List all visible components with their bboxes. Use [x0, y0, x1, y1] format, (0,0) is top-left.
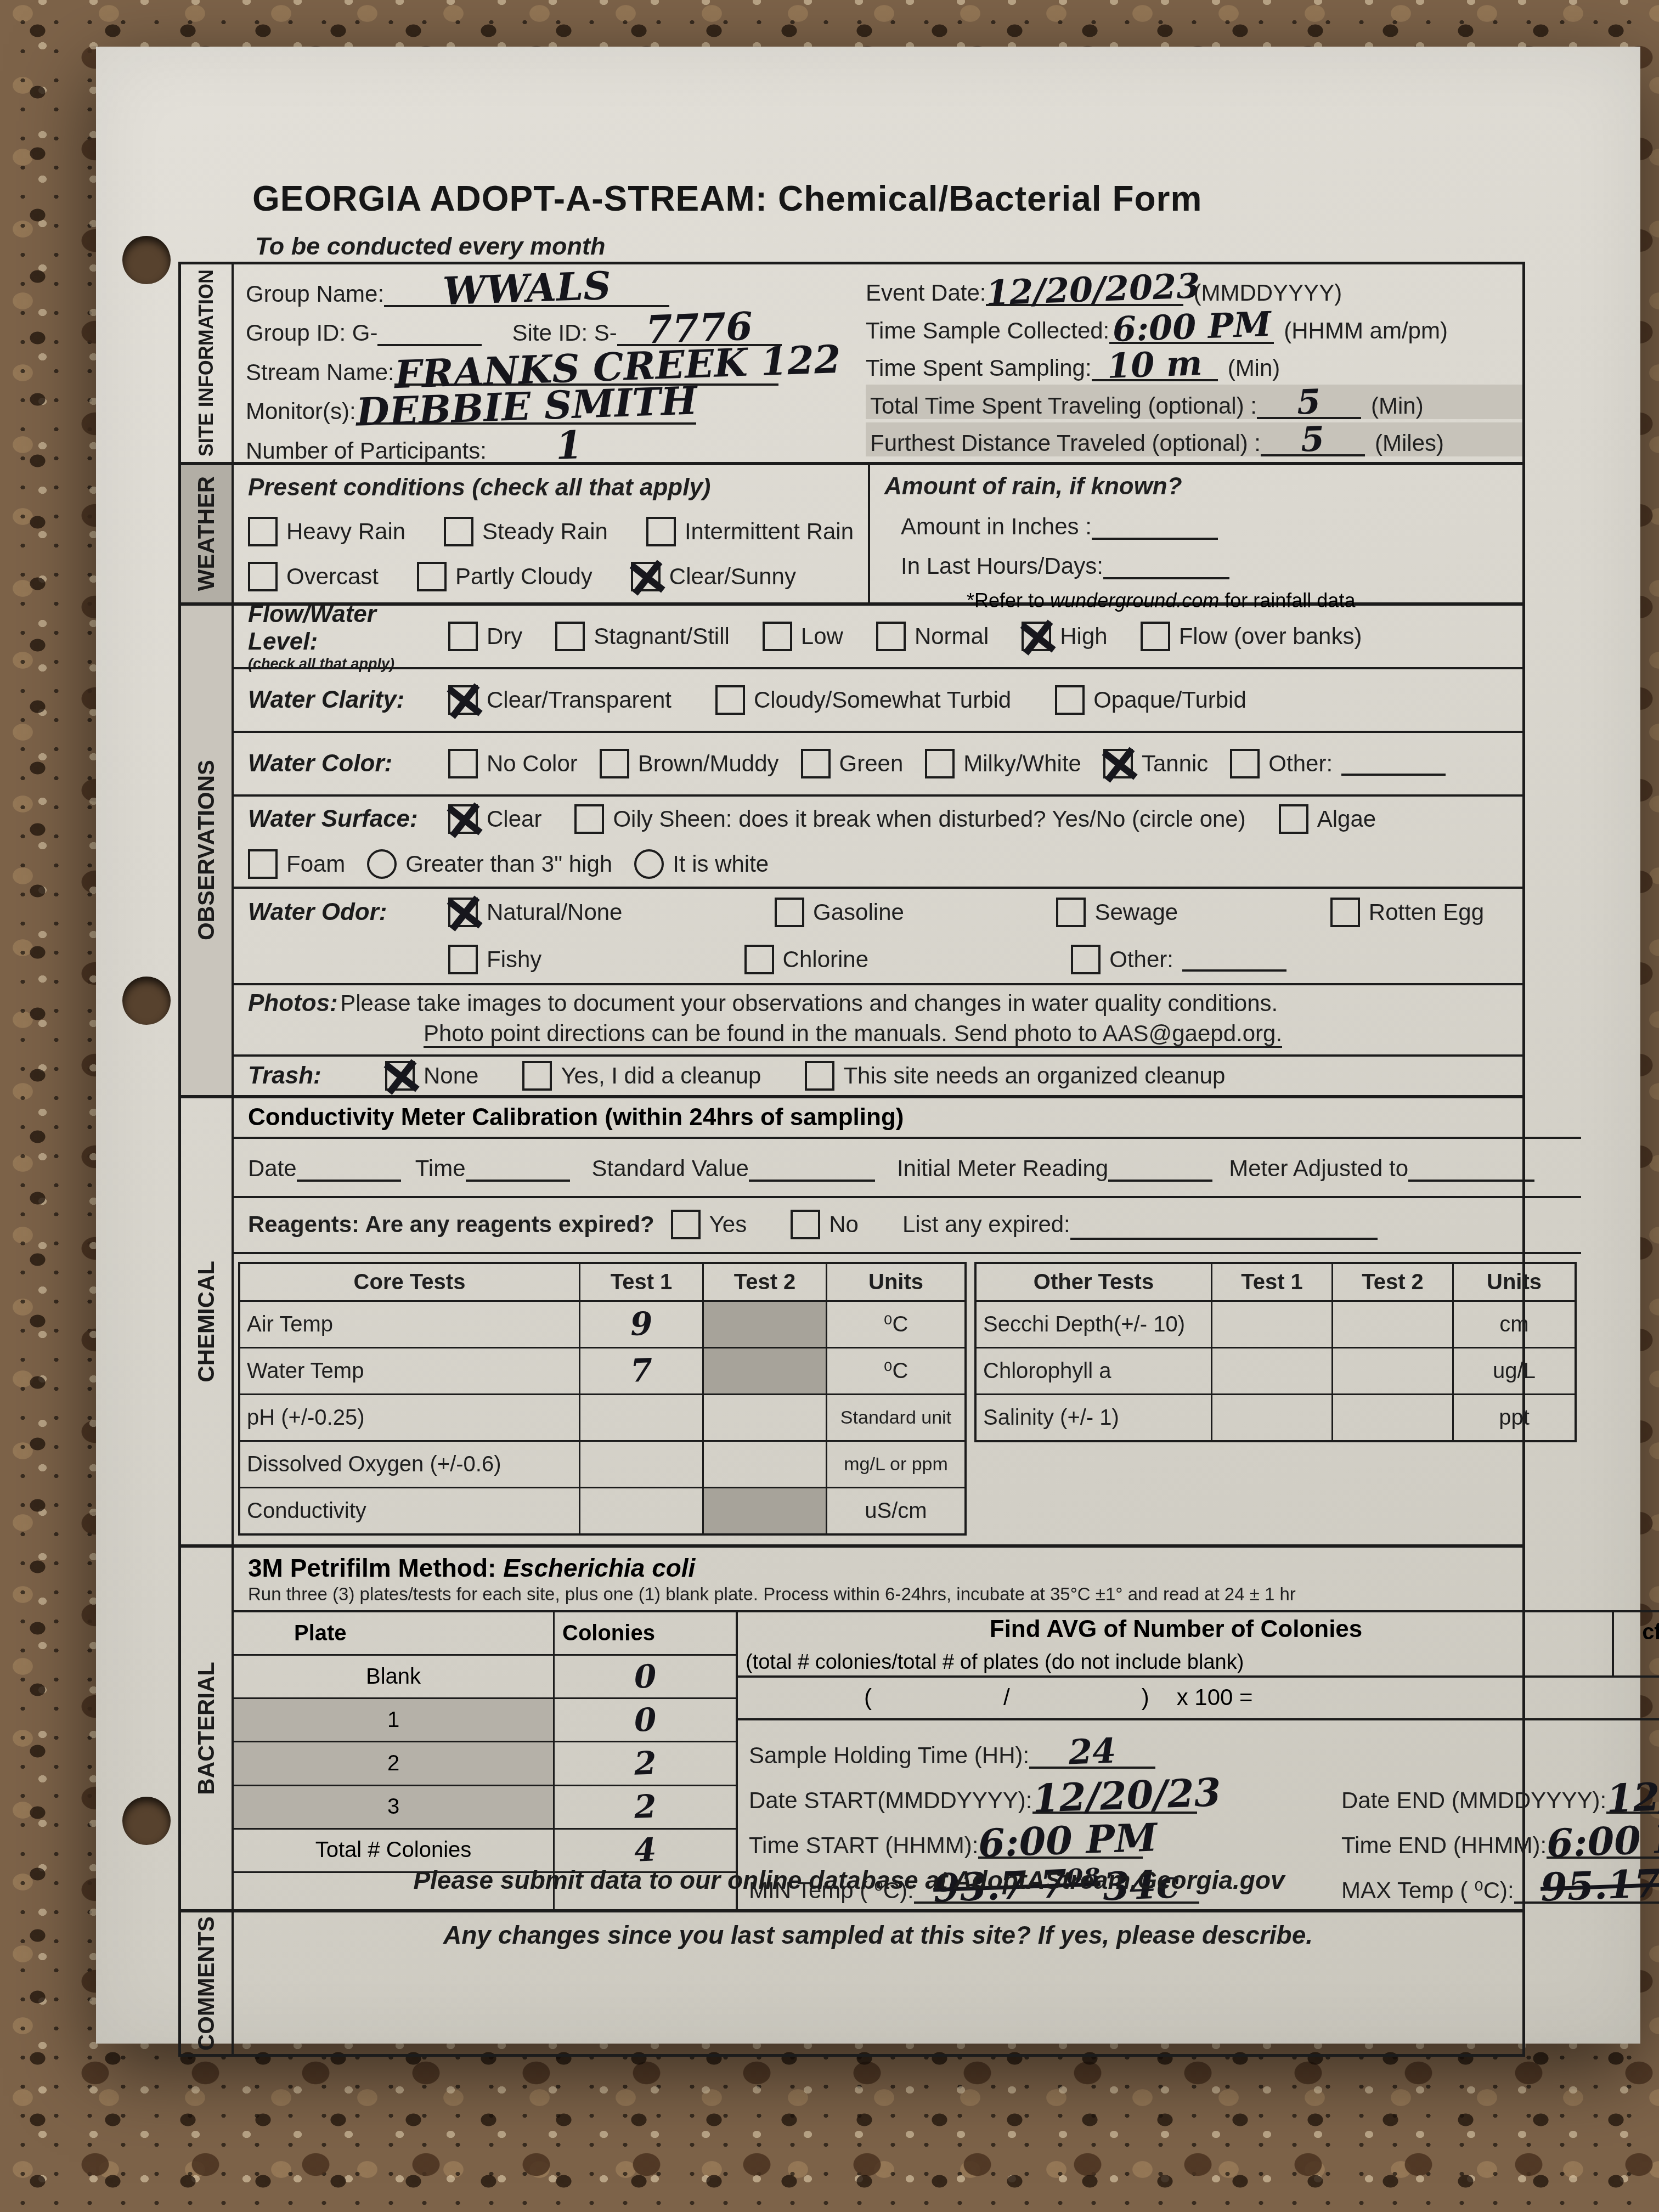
rain-inches-field[interactable] [1092, 509, 1218, 540]
other-row-test1[interactable] [1212, 1302, 1333, 1348]
checkbox-chlorine[interactable]: Chlorine [744, 945, 868, 974]
group-name-value: WWALS [442, 269, 612, 308]
checkbox-box[interactable] [600, 749, 629, 778]
checkbox-label: No Color [487, 751, 578, 777]
petrifilm-title: 3M Petrifilm Method: Escherichia coli [234, 1548, 1659, 1584]
checkbox-box[interactable] [791, 1210, 820, 1239]
weather-conditions: Present conditions (check all that apply… [234, 465, 870, 602]
traveling-value: 5 [1297, 387, 1322, 417]
sidebar-label: SITE INFORMATION [195, 269, 218, 456]
odor-options-1: Natural/NoneGasolineSewageRotten Egg [448, 898, 1517, 927]
checkbox-label: No [829, 1211, 859, 1238]
checkbox-yes-i-did-a-cleanup[interactable]: Yes, I did a cleanup [522, 1061, 761, 1091]
checkbox-label: Natural/None [487, 899, 622, 926]
checkbox-label: Foam [286, 851, 345, 877]
checkbox-box[interactable] [555, 622, 585, 651]
core-tests-table: Core Tests Test 1 Test 2 Units Air Temp … [238, 1262, 967, 1536]
checkbox-label: Heavy Rain [286, 518, 405, 545]
core-row-test2 [704, 1348, 827, 1395]
group-name-field[interactable]: WWALS [384, 272, 669, 307]
cal-time-field[interactable] [466, 1151, 570, 1182]
holding-value: 24 [1068, 1737, 1116, 1768]
participants-value: 1 [555, 428, 583, 462]
cal-initial-label: Initial Meter Reading [897, 1155, 1108, 1182]
plate-name: 1 [234, 1699, 555, 1742]
core-row-name: Dissolved Oxygen (+/-0.6) [240, 1442, 580, 1488]
checkbox-no[interactable]: No [791, 1210, 859, 1239]
checkbox-none[interactable]: None [385, 1061, 478, 1091]
event-date-value: 12/20/2023 [986, 272, 1201, 308]
checkbox-box[interactable] [1022, 622, 1051, 651]
distance-label: Furthest Distance Traveled (optional) : [870, 430, 1261, 456]
participants-label: Number of Participants: [246, 438, 487, 464]
checkbox-box[interactable] [1056, 898, 1086, 927]
time-start-label: Time START (HHMM): [749, 1832, 978, 1859]
checkbox-cloudy-somewhat-turbid[interactable]: Cloudy/Somewhat Turbid [715, 685, 1011, 715]
checkbox-box[interactable] [763, 622, 792, 651]
trash-options: NoneYes, I did a cleanupThis site needs … [385, 1061, 1517, 1091]
traveling-field[interactable]: 5 [1257, 388, 1361, 419]
chemical-tables: Core Tests Test 1 Test 2 Units Air Temp … [234, 1254, 1581, 1544]
core-header-name: Core Tests [240, 1264, 580, 1302]
plate-table: Plate Colonies Blank 0 1 0 2 2 3 2 Total… [234, 1612, 738, 1909]
present-conditions-title: Present conditions (check all that apply… [248, 474, 862, 501]
date-end-field[interactable]: 12/21/23 [1606, 1779, 1659, 1814]
checkbox-label: Oily Sheen: does it break when disturbed… [613, 806, 1245, 832]
checkbox-flow-over-banks[interactable]: Flow (over banks) [1141, 622, 1362, 651]
checkbox-milky-white[interactable]: Milky/White [925, 749, 1081, 778]
checkbox-box[interactable] [448, 804, 478, 834]
section-site-information: SITE INFORMATION Group Name: WWALS Group… [181, 264, 1522, 465]
blank-line[interactable] [1182, 947, 1286, 972]
punch-hole [122, 977, 171, 1025]
sidebar-label: COMMENTS [193, 1916, 219, 2051]
checkbox-high[interactable]: High [1022, 622, 1107, 651]
other-tests-table: Other Tests Test 1 Test 2 Units Secchi D… [974, 1262, 1577, 1442]
checkbox-box[interactable] [248, 517, 278, 546]
distance-value: 5 [1301, 425, 1325, 455]
checkbox-label: Sewage [1094, 899, 1178, 926]
time-sampling-label: Time Spent Sampling: [866, 355, 1092, 381]
other-row-units: ug/L [1454, 1348, 1575, 1395]
odor-row-2: FishyChlorineOther: [234, 936, 1522, 985]
time-end-label: Time END (HHMM): [1341, 1832, 1547, 1859]
checkbox-yes[interactable]: Yes [671, 1210, 747, 1239]
checkbox-box[interactable] [775, 898, 804, 927]
color-row: Water Color: No ColorBrown/MuddyGreenMil… [234, 733, 1522, 797]
punch-hole [122, 236, 171, 284]
site-info-right: Event Date: 12/20/2023 (MMDDYYYY) Time S… [866, 272, 1522, 456]
color-options: No ColorBrown/MuddyGreenMilky/WhiteTanni… [448, 749, 1517, 778]
form-body: SITE INFORMATION Group Name: WWALS Group… [178, 262, 1525, 2057]
checkbox-box[interactable] [1279, 804, 1308, 834]
holding-field[interactable]: 24 [1029, 1737, 1155, 1769]
checkbox-intermittent-rain[interactable]: Intermittent Rain [646, 517, 854, 546]
max-temp-crossed: 95.17 [1540, 1867, 1659, 1904]
group-id-label: Group ID: G- [246, 320, 377, 346]
punch-hole [122, 1797, 171, 1845]
date-start-field[interactable]: 12/20/23 [1032, 1779, 1197, 1814]
footer-note: Please submit data to our online databas… [178, 1865, 1520, 1895]
checkbox-label: Clear/Transparent [487, 687, 672, 713]
group-id-field[interactable] [377, 315, 482, 346]
core-row-test2[interactable] [704, 1442, 827, 1488]
checkbox-gasoline[interactable]: Gasoline [775, 898, 904, 927]
checkbox-label: Fishy [487, 946, 541, 973]
core-row-test1[interactable] [580, 1488, 704, 1533]
core-row-name: Conductivity [240, 1488, 580, 1533]
checkbox-label: Yes [709, 1211, 747, 1238]
time-sampling-field[interactable]: 10 m [1092, 351, 1218, 382]
list-expired-field[interactable] [1070, 1209, 1378, 1240]
checkbox-label: None [424, 1063, 478, 1089]
core-row-test2 [704, 1302, 827, 1348]
other-row-name: Secchi Depth(+/- 10) [977, 1302, 1212, 1348]
sidebar-chemical: CHEMICAL [181, 1098, 234, 1544]
checkbox-normal[interactable]: Normal [876, 622, 989, 651]
checkbox-steady-rain[interactable]: Steady Rain [444, 517, 608, 546]
checkbox-box[interactable] [417, 562, 447, 591]
time-sampling-value: 10 m [1107, 349, 1203, 381]
checkbox-label: Opaque/Turbid [1093, 687, 1246, 713]
checkbox-this-site-needs-an-organized-cleanup[interactable]: This site needs an organized cleanup [805, 1061, 1225, 1091]
color-label: Water Color: [248, 750, 448, 777]
time-end-field[interactable]: 6:00 PM [1547, 1824, 1659, 1859]
clarity-label: Water Clarity: [248, 686, 448, 714]
checkbox-label: Intermittent Rain [685, 518, 854, 545]
cal-date-field[interactable] [297, 1151, 401, 1182]
core-row-test1[interactable]: 7 [580, 1348, 704, 1395]
checkbox-heavy-rain[interactable]: Heavy Rain [248, 517, 405, 546]
cal-date-label: Date [248, 1155, 297, 1182]
radio-circle[interactable] [634, 849, 664, 879]
cal-std-field[interactable] [749, 1151, 875, 1182]
flow-note: (check all that apply) [248, 656, 448, 673]
checkbox-label: Clear/Sunny [669, 563, 796, 590]
cal-time-label: Time [415, 1155, 466, 1182]
list-expired-label: List any expired: [902, 1211, 1070, 1238]
checkbox-box[interactable] [1071, 945, 1101, 974]
other-row-test2[interactable] [1333, 1348, 1454, 1395]
sidebar-bacterial: BACTERIAL [181, 1548, 234, 1909]
checkbox-box[interactable] [448, 685, 478, 715]
plate-colonies[interactable]: 0 [555, 1699, 736, 1742]
checkbox-label: Cloudy/Somewhat Turbid [754, 687, 1011, 713]
checkbox-label: Flow (over banks) [1179, 623, 1362, 650]
paper-form: GEORGIA ADOPT-A-STREAM: Chemical/Bacteri… [96, 47, 1640, 2044]
weather-row-1: Heavy RainSteady RainIntermittent Rain [248, 517, 862, 546]
checkbox-label: Rotten Egg [1369, 899, 1484, 926]
checkbox-box[interactable] [1230, 749, 1260, 778]
core-header-test2: Test 2 [704, 1264, 827, 1302]
checkbox-box[interactable] [1055, 685, 1085, 715]
checkbox-dry[interactable]: Dry [448, 622, 522, 651]
checkbox-box[interactable] [448, 749, 478, 778]
core-row-units: Standard unit [827, 1395, 964, 1442]
foam-row: Foam Greater than 3" high It is white [234, 842, 1522, 889]
other-row-name: Chlorophyll a [977, 1348, 1212, 1395]
checkbox-label: Overcast [286, 563, 379, 590]
other-row-test2[interactable] [1333, 1395, 1454, 1440]
checkbox-box[interactable] [671, 1210, 701, 1239]
comments-prompt: Any changes since you last sampled at th… [234, 1912, 1522, 1950]
checkbox-label: Normal [915, 623, 989, 650]
radio-label: It is white [673, 851, 769, 877]
clarity-options: Clear/TransparentCloudy/Somewhat TurbidO… [448, 685, 1517, 715]
flow-label: Flow/Water Level: [248, 601, 448, 656]
checkbox-fishy[interactable]: Fishy [448, 945, 541, 974]
photos-line2: Photo point directions can be found in t… [424, 1020, 1282, 1048]
colonies-header: Colonies [555, 1612, 736, 1656]
time-start-value: 6:00 PM [978, 1821, 1158, 1860]
checkbox-box[interactable] [744, 945, 774, 974]
plate-header: Plate [234, 1612, 555, 1656]
core-row-name: pH (+/-0.25) [240, 1395, 580, 1442]
sidebar-site-information: SITE INFORMATION [181, 264, 234, 462]
checkbox-other[interactable]: Other: [1230, 749, 1446, 778]
checkbox-box[interactable] [448, 622, 478, 651]
core-row-units: mg/L or ppm [827, 1442, 964, 1488]
event-date-format: (MMDDYYYY) [1193, 280, 1342, 306]
checkbox-overcast[interactable]: Overcast [248, 562, 379, 591]
radio-it-is-white[interactable]: It is white [634, 849, 769, 879]
avg-title: Find AVG of Number of Colonies [746, 1616, 1606, 1643]
max-temp-field[interactable]: 95.17 35c [1514, 1869, 1659, 1904]
other-row-name: Salinity (+/- 1) [977, 1395, 1212, 1440]
flow-row: Flow/Water Level: (check all that apply)… [234, 606, 1522, 669]
other-row-test1[interactable] [1212, 1348, 1333, 1395]
other-row-test2[interactable] [1333, 1302, 1454, 1348]
calibration-title: Conductivity Meter Calibration (within 2… [234, 1098, 1581, 1139]
checkbox-label: Yes, I did a cleanup [561, 1063, 761, 1089]
checkbox-label: Gasoline [813, 899, 904, 926]
checkbox-box[interactable] [805, 1061, 834, 1091]
checkbox-label: Stagnant/Still [594, 623, 730, 650]
distance-field[interactable]: 5 [1261, 425, 1365, 456]
blank-line[interactable] [1341, 752, 1446, 776]
section-weather: WEATHER Present conditions (check all th… [181, 465, 1522, 606]
other-header-units: Units [1454, 1264, 1575, 1302]
checkbox-tannic[interactable]: Tannic [1103, 749, 1208, 778]
other-row-units: cm [1454, 1302, 1575, 1348]
other-row-units: ppt [1454, 1395, 1575, 1440]
core-row-test2[interactable] [704, 1395, 827, 1442]
checkbox-box[interactable] [646, 517, 676, 546]
traveling-label: Total Time Spent Traveling (optional) : [870, 393, 1257, 419]
core-row-test1[interactable] [580, 1395, 704, 1442]
checkbox-label: Milky/White [963, 751, 1081, 777]
form-subtitle: To be conducted every month [255, 232, 605, 261]
time-collected-label: Time Sample Collected: [866, 318, 1109, 344]
checkbox-label: Brown/Muddy [638, 751, 779, 777]
photos-row: Photos: Please take images to document y… [234, 985, 1522, 1057]
checkbox-brown-muddy[interactable]: Brown/Muddy [600, 749, 779, 778]
trash-row: Trash: NoneYes, I did a cleanupThis site… [234, 1057, 1522, 1095]
checkbox-label: Algae [1317, 806, 1376, 832]
rain-hours-label: In Last Hours/Days: [901, 553, 1103, 579]
checkbox-stagnant-still[interactable]: Stagnant/Still [555, 622, 730, 651]
sidebar-label: OBSERVATIONS [193, 760, 219, 940]
core-row-name: Water Temp [240, 1348, 580, 1395]
cal-std-label: Standard Value [592, 1155, 749, 1182]
checkbox-foam[interactable]: Foam [248, 849, 345, 879]
flow-options: DryStagnant/StillLowNormalHighFlow (over… [448, 622, 1517, 651]
plate-name: 2 [234, 1742, 555, 1786]
comments-area[interactable]: Any changes since you last sampled at th… [234, 1912, 1522, 2054]
checkbox-low[interactable]: Low [763, 622, 843, 651]
odor-options-2: FishyChlorineOther: [448, 945, 1517, 974]
traveling-unit: (Min) [1371, 393, 1424, 419]
time-collected-format: (HHMM am/pm) [1284, 318, 1448, 344]
trash-label: Trash: [248, 1062, 385, 1090]
checkbox-opaque-turbid[interactable]: Opaque/Turbid [1055, 685, 1246, 715]
radio-circle[interactable] [367, 849, 397, 879]
date-start-label: Date START(MMDDYYYY): [749, 1787, 1032, 1814]
checkbox-rotten-egg[interactable]: Rotten Egg [1330, 898, 1484, 927]
plate-name: Blank [234, 1656, 555, 1699]
core-row-test1[interactable]: 9 [580, 1302, 704, 1348]
time-sampling-unit: (Min) [1228, 355, 1280, 381]
checkbox-no-color[interactable]: No Color [448, 749, 578, 778]
section-comments: COMMENTS Any changes since you last samp… [181, 1912, 1522, 2054]
checkbox-box[interactable] [574, 804, 604, 834]
checkbox-sewage[interactable]: Sewage [1056, 898, 1178, 927]
time-collected-field[interactable]: 6:00 PM [1109, 313, 1274, 344]
rain-hours-field[interactable] [1103, 549, 1229, 579]
surface-label: Water Surface: [248, 805, 448, 833]
surface-row: Water Surface: ClearOily Sheen: does it … [234, 797, 1522, 842]
checkbox-box[interactable] [444, 517, 473, 546]
checkbox-label: This site needs an organized cleanup [843, 1063, 1225, 1089]
checkbox-label: Steady Rain [482, 518, 608, 545]
section-observations: OBSERVATIONS Flow/Water Level: (check al… [181, 606, 1522, 1098]
core-row-test2 [704, 1488, 827, 1533]
core-row-units: uS/cm [827, 1488, 964, 1533]
rain-inches-label: Amount in Inches : [901, 513, 1092, 539]
participants-field[interactable]: 1 [487, 429, 651, 464]
odor-label: Water Odor: [248, 899, 448, 926]
site-info-left: Group Name: WWALS Group ID: G- Site ID: … [246, 272, 866, 456]
checkbox-box[interactable] [385, 1061, 415, 1091]
site-id-label: Site ID: S- [512, 320, 617, 346]
checkbox-clear-sunny[interactable]: Clear/Sunny [631, 562, 796, 591]
core-row-units: ⁰C [827, 1348, 964, 1395]
checkbox-box[interactable] [522, 1061, 552, 1091]
checkbox-other[interactable]: Other: [1071, 945, 1286, 974]
checkbox-box[interactable] [876, 622, 906, 651]
core-row-units: ⁰C [827, 1302, 964, 1348]
checkbox-label: Other: [1268, 751, 1333, 777]
core-row-name: Air Temp [240, 1302, 580, 1348]
event-date-field[interactable]: 12/20/2023 [986, 275, 1183, 307]
checkbox-box[interactable] [248, 849, 278, 879]
form-title: GEORGIA ADOPT-A-STREAM: Chemical/Bacteri… [252, 178, 1202, 219]
weather-row-2: OvercastPartly CloudyClear/Sunny [248, 562, 862, 591]
checkbox-oily-sheen-does-it-break-when-disturbed-yes-no-circle-one[interactable]: Oily Sheen: does it break when disturbed… [574, 804, 1245, 834]
checkbox-box[interactable] [248, 562, 278, 591]
rain-title: Amount of rain, if known? [884, 473, 1517, 500]
monitors-label: Monitor(s): [246, 398, 356, 425]
cal-initial-field[interactable] [1108, 1151, 1212, 1182]
reagents-row: Reagents: Are any reagents expired? YesN… [234, 1198, 1581, 1254]
sidebar-weather: WEATHER [181, 465, 234, 602]
checkbox-label: Green [839, 751, 904, 777]
holding-label: Sample Holding Time (HH): [749, 1742, 1029, 1769]
other-header-test2: Test 2 [1333, 1264, 1454, 1302]
checkbox-box[interactable] [448, 945, 478, 974]
checkbox-label: Other: [1109, 946, 1173, 973]
other-row-test1[interactable] [1212, 1395, 1333, 1440]
petrifilm-instructions: Run three (3) plates/tests for each site… [234, 1584, 1659, 1610]
checkbox-box[interactable] [1141, 622, 1170, 651]
avg-formula: ( / ) x 100 = [738, 1678, 1659, 1720]
sidebar-label: CHEMICAL [193, 1261, 219, 1383]
cal-adjusted-field[interactable] [1408, 1151, 1534, 1182]
time-end-value: 6:00 PM [1546, 1821, 1659, 1860]
checkbox-label: Partly Cloudy [455, 563, 592, 590]
checkbox-box[interactable] [925, 749, 955, 778]
avg-box: Find AVG of Number of Colonies (total # … [738, 1612, 1659, 1678]
checkbox-box[interactable] [1330, 898, 1360, 927]
checkbox-natural-none[interactable]: Natural/None [448, 898, 622, 927]
rain-box: Amount of rain, if known? Amount in Inch… [870, 465, 1522, 602]
core-row-test1[interactable] [580, 1442, 704, 1488]
other-header-test1: Test 1 [1212, 1264, 1333, 1302]
checkbox-clear-transparent[interactable]: Clear/Transparent [448, 685, 672, 715]
other-header-name: Other Tests [977, 1264, 1212, 1302]
checkbox-box[interactable] [448, 898, 478, 927]
calibration-fields: Date Time Standard Value Initial Meter R… [234, 1139, 1581, 1198]
checkbox-algae[interactable]: Algae [1279, 804, 1376, 834]
time-start-field[interactable]: 6:00 PM [978, 1824, 1143, 1859]
checkbox-clear[interactable]: Clear [448, 804, 541, 834]
monitors-value: DEBBIE SMITH [356, 384, 698, 428]
monitors-field[interactable]: DEBBIE SMITH [356, 390, 696, 425]
checkbox-label: Clear [487, 806, 541, 832]
sidebar-label: WEATHER [193, 476, 219, 591]
stream-name-label: Stream Name: [246, 359, 394, 386]
checkbox-box[interactable] [1103, 749, 1133, 778]
checkbox-label: Chlorine [783, 946, 868, 973]
checkbox-green[interactable]: Green [801, 749, 904, 778]
plate-colonies[interactable]: 2 [555, 1786, 736, 1830]
distance-unit: (Miles) [1375, 430, 1444, 456]
radio-label: Greater than 3" high [405, 851, 612, 877]
stream-name-field[interactable]: FRANKS CREEK 122 [394, 351, 778, 386]
checkbox-label: Low [801, 623, 843, 650]
plate-colonies[interactable]: 0 [555, 1656, 736, 1699]
photos-line1: Please take images to document your obse… [340, 990, 1278, 1016]
odor-row-1: Water Odor: Natural/NoneGasolineSewageRo… [234, 889, 1522, 936]
section-bacterial: BACTERIAL 3M Petrifilm Method: Escherich… [181, 1548, 1522, 1912]
photos-label: Photos: [248, 990, 338, 1017]
plate-colonies[interactable]: 2 [555, 1742, 736, 1786]
radio-greater-than-3-high[interactable]: Greater than 3" high [367, 849, 612, 879]
checkbox-box[interactable] [631, 562, 661, 591]
date-start-value: 12/20/23 [1032, 1776, 1221, 1815]
date-end-value: 12/21/23 [1606, 1776, 1659, 1815]
group-name-label: Group Name: [246, 281, 384, 307]
time-collected-value: 6:00 PM [1112, 310, 1272, 345]
checkbox-box[interactable] [715, 685, 745, 715]
plate-name: 3 [234, 1786, 555, 1830]
date-end-label: Date END (MMDDYYYY): [1341, 1787, 1606, 1814]
section-chemical: CHEMICAL Conductivity Meter Calibration … [181, 1098, 1522, 1548]
checkbox-box[interactable] [801, 749, 831, 778]
checkbox-label: Tannic [1142, 751, 1208, 777]
checkbox-partly-cloudy[interactable]: Partly Cloudy [417, 562, 592, 591]
cfu-label: cfu/100mL [1614, 1612, 1659, 1675]
